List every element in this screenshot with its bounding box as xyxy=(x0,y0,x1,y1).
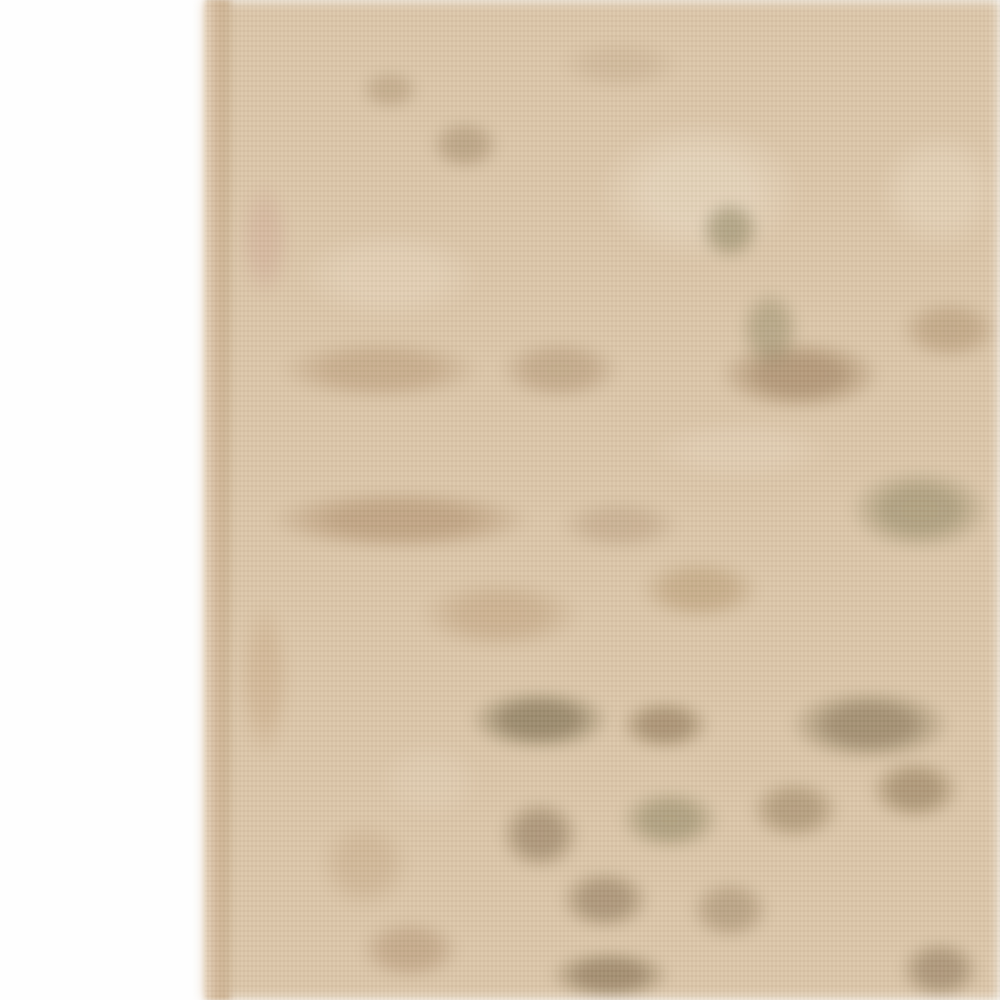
rug-motif xyxy=(550,950,670,1000)
rug-highlight xyxy=(300,230,480,320)
rug-motif xyxy=(420,580,580,650)
rug-motif xyxy=(280,340,480,400)
rug-motif xyxy=(620,700,710,750)
rug-motif xyxy=(430,120,500,170)
rug-motif xyxy=(900,300,1000,360)
rug-highlight xyxy=(880,130,1000,250)
rug-highlight xyxy=(380,740,480,820)
white-background xyxy=(0,0,210,1000)
rug-motif xyxy=(700,200,760,260)
rug-motif xyxy=(740,290,800,370)
rug-motif xyxy=(560,500,680,550)
rug-edge-binding xyxy=(205,0,235,1000)
rug-motif xyxy=(640,560,760,620)
rug-motif xyxy=(620,790,720,850)
photo-scene xyxy=(0,0,1000,1000)
rug-highlight xyxy=(650,420,830,480)
rug-motif xyxy=(360,920,460,980)
rug-motif xyxy=(500,800,580,870)
rug-motif xyxy=(470,690,610,750)
rug-motif xyxy=(690,880,770,940)
rug-motif xyxy=(320,820,410,910)
rug-motif xyxy=(240,600,290,760)
rug-motif xyxy=(240,180,290,300)
rug-motif xyxy=(790,690,950,760)
rug-motif xyxy=(560,40,680,90)
rug-motif xyxy=(850,470,990,550)
rug-motif xyxy=(900,940,980,1000)
rug-motif xyxy=(360,70,420,110)
rug-motif xyxy=(560,870,650,930)
rug-highlight xyxy=(600,120,800,260)
rug-motif xyxy=(870,760,960,820)
rug-surface xyxy=(205,0,1000,1000)
rug-motif xyxy=(270,490,530,550)
rug-motif xyxy=(500,340,620,400)
rug-motif xyxy=(750,780,840,840)
